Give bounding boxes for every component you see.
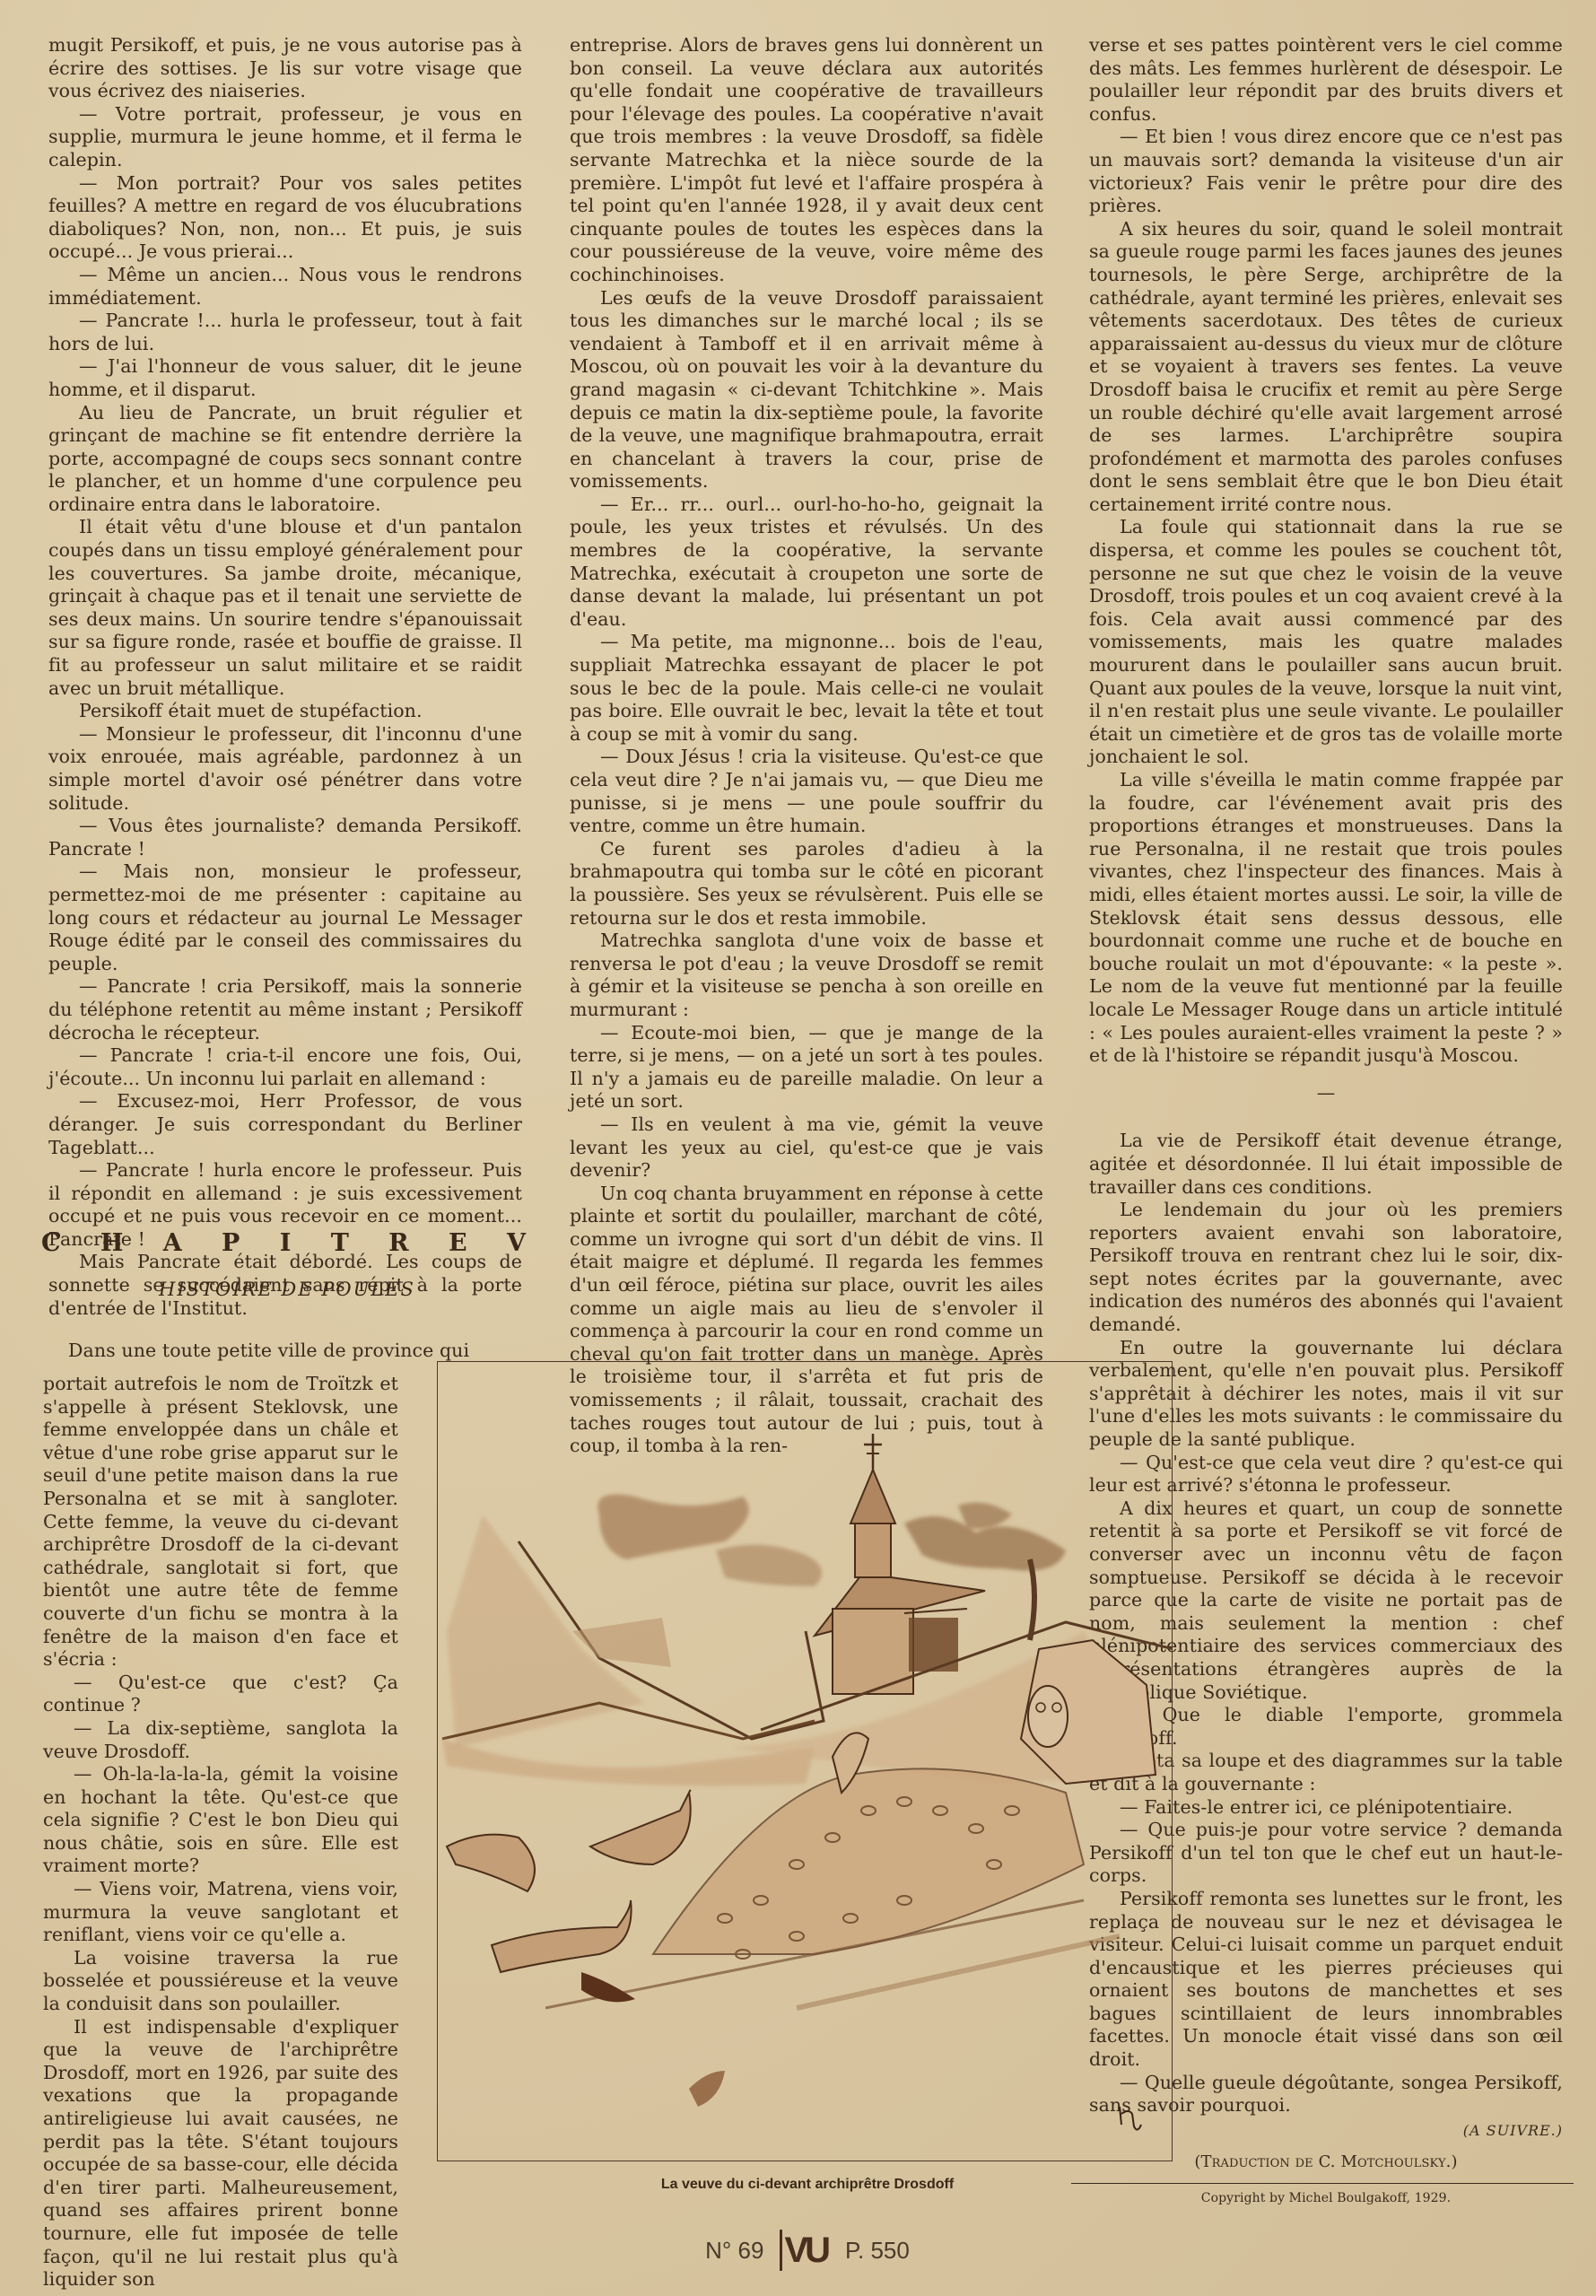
paragraph: entreprise. Alors de braves gens lui don… xyxy=(570,34,1043,287)
chapter-heading-letter: E xyxy=(449,1229,467,1257)
paragraph: Au lieu de Pancrate, un bruit régulier e… xyxy=(48,402,522,517)
dialogue-paragraph: — Mon portrait? Pour vos sales petites f… xyxy=(48,172,522,264)
paragraph: Matrechka sanglota d'une voix de basse e… xyxy=(570,930,1043,1021)
dialogue-paragraph: — Même un ancien... Nous vous le rendron… xyxy=(48,264,522,310)
dialogue-paragraph: — Pancrate ! cria-t-il encore une fois, … xyxy=(48,1044,522,1090)
vu-logo: VU xyxy=(780,2230,829,2271)
paragraph: verse et ses pattes pointèrent vers le c… xyxy=(1089,34,1563,126)
dialogue-paragraph: — Ecoute-moi bien, — que je mange de la … xyxy=(570,1022,1043,1113)
paragraph: La foule qui stationnait dans la rue se … xyxy=(1089,516,1563,769)
issue-number: N° 69 xyxy=(705,2237,763,2265)
dialogue-paragraph: — Oh-la-la-la-la, gémit la voisine en ho… xyxy=(43,1763,398,1878)
copyright-line: Copyright by Michel Boulgakoff, 1929. xyxy=(1089,2187,1563,2211)
paragraph: La vie de Persikoff était devenue étrang… xyxy=(1089,1130,1563,1199)
page-footer: N° 69 VU P. 550 xyxy=(628,2230,987,2271)
paragraph: La voisine traversa la rue bosselée et p… xyxy=(43,1947,398,2016)
chapter-heading-letter: P xyxy=(222,1229,240,1257)
paragraph: Ce furent ses paroles d'adieu à la brahm… xyxy=(570,838,1043,930)
dialogue-paragraph: — Doux Jésus ! cria la visiteuse. Qu'est… xyxy=(570,746,1043,837)
dialogue-paragraph: — Vous êtes journaliste? demanda Persiko… xyxy=(48,815,522,860)
chapter-heading: CHAPITREV xyxy=(41,1229,526,1257)
chapter-subtitle: HISTOIRE DE POULES xyxy=(135,1279,440,1300)
chapter-heading-letter: I xyxy=(280,1229,292,1257)
chapter-heading-letter: A xyxy=(163,1229,182,1257)
dialogue-paragraph: — Viens voir, Matrena, viens voir, murmu… xyxy=(43,1878,398,1947)
paragraph: La ville s'éveilla le matin comme frappé… xyxy=(1089,769,1563,1068)
chapter-heading-letter: C xyxy=(41,1229,61,1257)
paragraph: Les œufs de la veuve Drosdoff paraissaie… xyxy=(570,287,1043,493)
page-number: P. 550 xyxy=(845,2237,910,2265)
illustration-caption: La veuve du ci-devant archiprêtre Drosdo… xyxy=(525,2177,1090,2193)
artist-signature xyxy=(1120,2107,1141,2130)
paragraph: Le lendemain du jour où les premiers rep… xyxy=(1089,1199,1563,1337)
chapter-heading-letter: V xyxy=(507,1229,526,1257)
dialogue-paragraph: — Ils en veulent à ma vie, gémit la veuv… xyxy=(570,1113,1043,1183)
dialogue-paragraph: — Et bien ! vous direz encore que ce n'e… xyxy=(1089,126,1563,217)
chapter-heading-letter: T xyxy=(331,1229,349,1257)
column-1-text: mugit Persikoff, et puis, je ne vous aut… xyxy=(48,34,522,1320)
illustration-frame xyxy=(437,1361,1173,2161)
dialogue-paragraph: — Er... rr... ourl... ourl-ho-ho-ho, gei… xyxy=(570,493,1043,632)
chapter-lead-line: Dans une toute petite ville de province … xyxy=(38,1340,520,1363)
paragraph: A six heures du soir, quand le soleil mo… xyxy=(1089,218,1563,517)
column-3-part-1: verse et ses pattes pointèrent vers le c… xyxy=(1089,34,1563,1068)
dialogue-paragraph: — J'ai l'honneur de vous saluer, dit le … xyxy=(48,355,522,401)
lead-paragraph: Dans une toute petite ville de province … xyxy=(38,1340,520,1363)
dialogue-paragraph: — Monsieur le professeur, dit l'inconnu … xyxy=(48,723,522,815)
chapter-heading-letter: R xyxy=(388,1229,408,1257)
column-2-text: entreprise. Alors de braves gens lui don… xyxy=(570,34,1043,1458)
dialogue-paragraph: — Excusez-moi, Herr Professor, de vous d… xyxy=(48,1090,522,1159)
paragraph: mugit Persikoff, et puis, je ne vous aut… xyxy=(48,34,522,103)
paragraph: Il est indispensable d'expliquer que la … xyxy=(43,2016,398,2292)
column-1-bottom-text: portait autrefois le nom de Troïtzk et s… xyxy=(43,1373,398,2292)
paragraph: portait autrefois le nom de Troïtzk et s… xyxy=(43,1373,398,1672)
dialogue-paragraph: — Qu'est-ce que c'est? Ça continue ? xyxy=(43,1672,398,1717)
section-divider: — xyxy=(1089,1082,1563,1105)
paragraph: Il était vêtu d'une blouse et d'un panta… xyxy=(48,516,522,700)
dialogue-paragraph: — Mais non, monsieur le professeur, perm… xyxy=(48,860,522,975)
chapter-heading-letter: H xyxy=(100,1229,124,1257)
dialogue-paragraph: — Ma petite, ma mignonne... bois de l'ea… xyxy=(570,631,1043,746)
paragraph: Persikoff était muet de stupéfaction. xyxy=(48,700,522,723)
dialogue-paragraph: — Pancrate !... hurla le professeur, tou… xyxy=(48,310,522,355)
dialogue-paragraph: — Votre portrait, professeur, je vous en… xyxy=(48,103,522,172)
dialogue-paragraph: — La dix-septième, sanglota la veuve Dro… xyxy=(43,1717,398,1763)
village-widow-illustration xyxy=(438,1362,1172,2161)
dialogue-paragraph: — Pancrate ! cria Persikoff, mais la son… xyxy=(48,975,522,1044)
copyright-rule xyxy=(1071,2183,1574,2184)
